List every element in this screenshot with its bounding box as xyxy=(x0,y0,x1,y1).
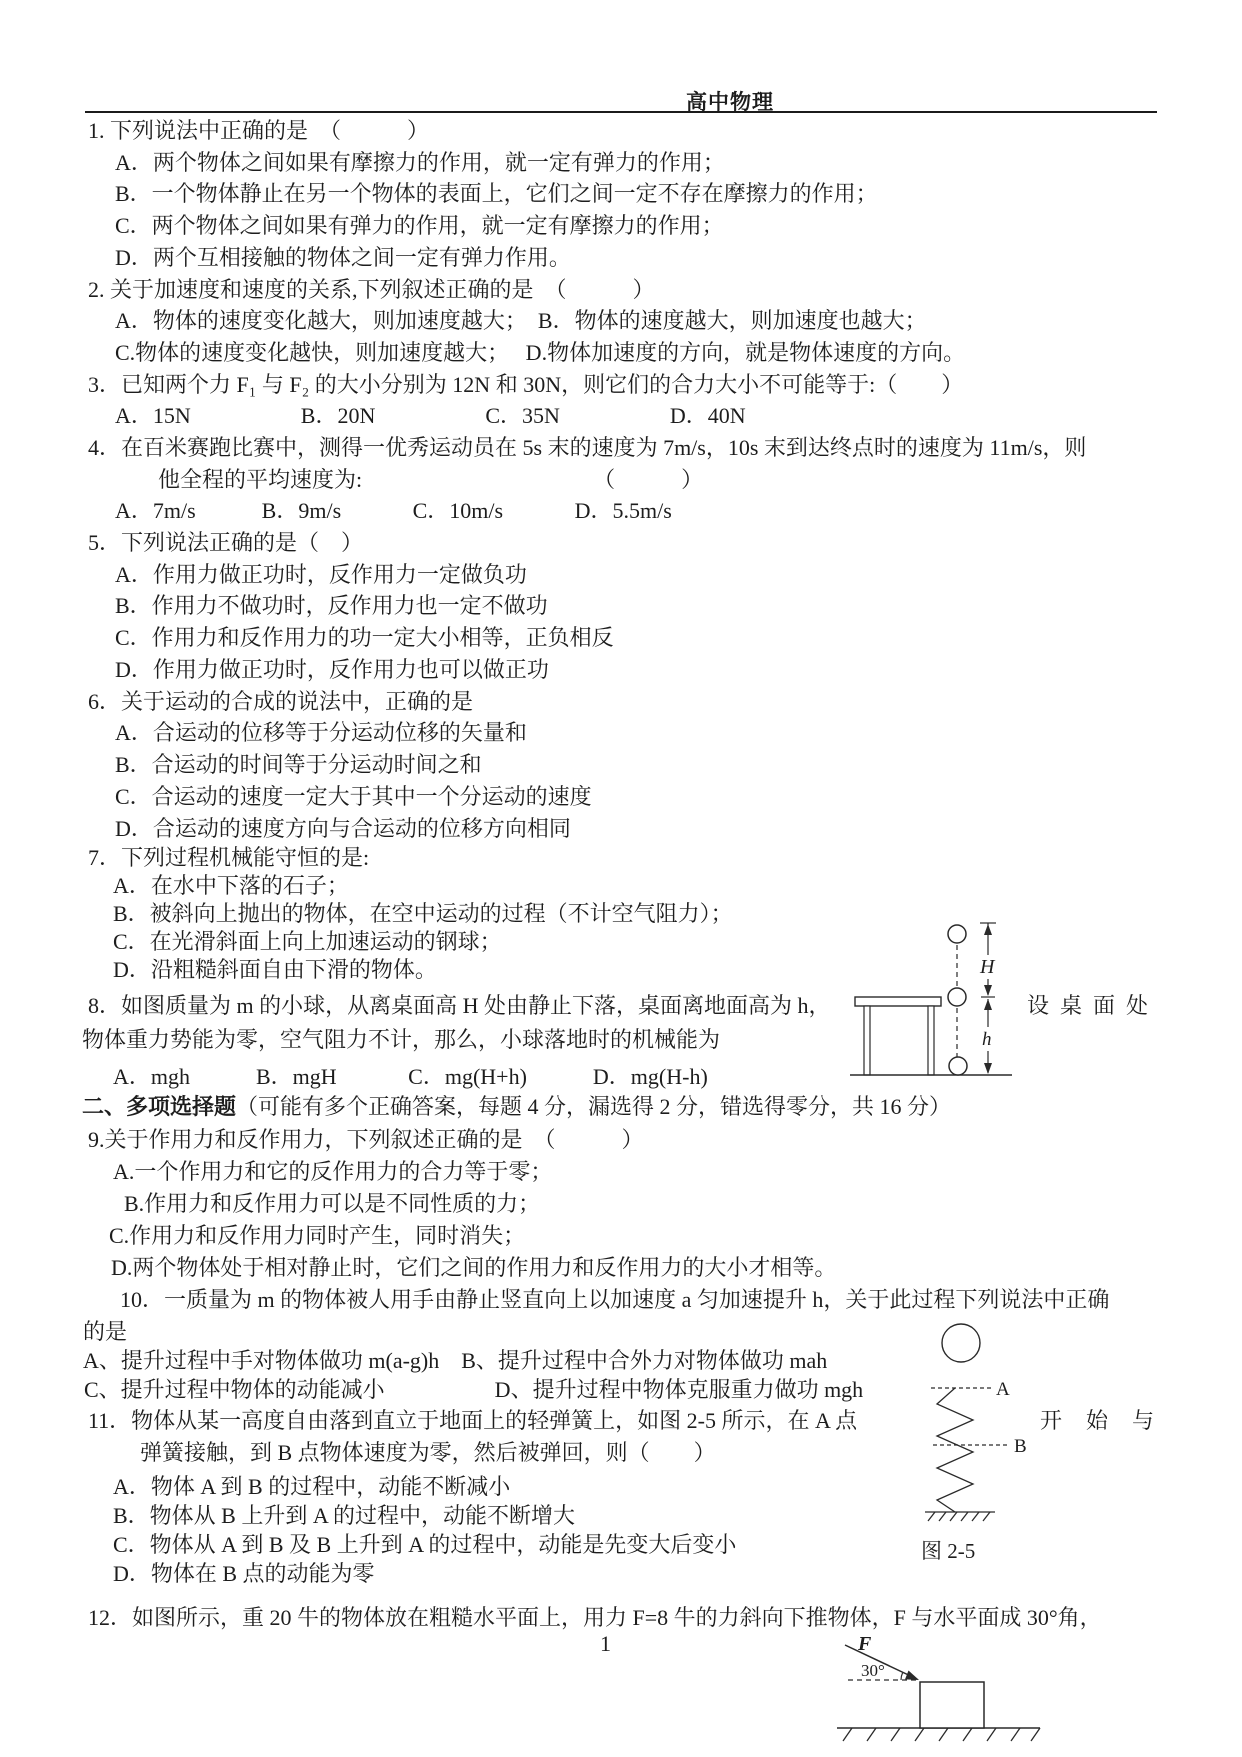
table xyxy=(855,997,941,1075)
text-line: A．两个物体之间如果有摩擦力的作用，就一定有弹力的作用； xyxy=(115,150,725,176)
ball-table-level xyxy=(948,988,966,1006)
text-line: 4．在百米赛跑比赛中，测得一优秀运动员在 5s 末的速度为 7m/s，10s 末… xyxy=(88,435,1086,461)
text-line: A．在水中下落的石子； xyxy=(113,873,349,899)
exam-page: 高中物理 1. 下列说法中正确的是 （ ）A．两个物体之间如果有摩擦力的作用，就… xyxy=(0,0,1242,1757)
text-line: D．作用力做正功时，反作用力也可以做正功 xyxy=(115,657,549,683)
q8-table-drop-figure: H h xyxy=(840,915,1020,1083)
text-line: A．作用力做正功时，反作用力一定做负功 xyxy=(115,562,527,588)
point-b-label: B xyxy=(1014,1436,1027,1457)
text-line: 11．物体从某一高度自由落到直立于地面上的轻弹簧上，如图 2-5 所示，在 A … xyxy=(88,1408,857,1434)
ball-top xyxy=(948,925,966,943)
page-number: 1 xyxy=(600,1631,611,1657)
height-h-label: h xyxy=(982,1029,992,1050)
falling-ball xyxy=(942,1324,980,1362)
text-line: 1. 下列说法中正确的是 （ ） xyxy=(88,118,429,144)
text-line: B．作用力不做功时，反作用力也一定不做功 xyxy=(115,593,548,619)
text-line: 二、多项选择题（可能有多个正确答案，每题 4 分，漏选得 2 分，错选得零分，共… xyxy=(82,1094,951,1120)
height-H-label: H xyxy=(979,956,996,978)
text-line: 他全程的平均速度为: （ ） xyxy=(158,467,703,493)
header-rule xyxy=(85,111,1157,113)
q11-spring-figure: A B 图 2-5 xyxy=(913,1318,1048,1568)
text-line: B．物体从 B 上升到 A 的过程中，动能不断增大 xyxy=(113,1503,575,1529)
text-line: D．合运动的速度方向与合运动的位移方向相同 xyxy=(115,816,571,842)
point-a-label: A xyxy=(996,1379,1010,1400)
angle-arc xyxy=(901,1673,903,1680)
text-line: 7．下列过程机械能守恒的是: xyxy=(88,845,369,871)
text-line: B．被斜向上抛出的物体，在空中运动的过程（不计空气阻力）； xyxy=(113,901,733,927)
spring-coil xyxy=(937,1388,973,1512)
text-line: 物体重力势能为零，空气阻力不计，那么，小球落地时的机械能为 xyxy=(82,1027,720,1053)
text-line: 2. 关于加速度和速度的关系,下列叙述正确的是 （ ） xyxy=(88,277,655,303)
text-line: C．物体从 A 到 B 及 B 上升到 A 的过程中，动能是先变大后变小 xyxy=(113,1532,736,1558)
ground-hatching xyxy=(837,1728,1040,1741)
text-line: C．在光滑斜面上向上加速运动的钢球； xyxy=(113,929,502,955)
angle-label: 30° xyxy=(861,1661,885,1680)
text-line: C.作用力和反作用力同时产生，同时消失； xyxy=(109,1223,525,1249)
text-line: 6．关于运动的合成的说法中，正确的是 xyxy=(88,689,473,715)
text-line: B．合运动的时间等于分运动时间之和 xyxy=(115,752,482,778)
text-line: 的是 xyxy=(83,1319,127,1345)
text-line: A．物体 A 到 B 的过程中，动能不断减小 xyxy=(113,1474,510,1500)
text-line: A．物体的速度变化越大，则加速度越大； B．物体的速度越大，则加速度也越大； xyxy=(115,308,927,334)
text-line: D．物体在 B 点的动能为零 xyxy=(113,1561,375,1587)
text-line: B．一个物体静止在另一个物体的表面上，它们之间一定不存在摩擦力的作用； xyxy=(115,181,878,207)
ball-ground xyxy=(949,1057,967,1075)
text-line: 9.关于作用力和反作用力，下列叙述正确的是 （ ） xyxy=(88,1127,644,1153)
text-line: C．作用力和反作用力的功一定大小相等，正负相反 xyxy=(115,625,614,651)
text-line: A．mgh B．mgH C．mg(H+h) D．mg(H-h) xyxy=(113,1064,708,1090)
text-line: C.物体的速度变化越快，则加速度越大； D.物体加速度的方向，就是物体速度的方向… xyxy=(115,340,965,366)
text-line: 5．下列说法正确的是（ ） xyxy=(88,530,363,556)
text-line: A．15N B．20N C．35N D．40N xyxy=(115,403,746,429)
text-line: D.两个物体处于相对静止时，它们之间的作用力和反作用力的大小才相等。 xyxy=(111,1255,836,1281)
text-line: D．沿粗糙斜面自由下滑的物体。 xyxy=(113,957,437,983)
text-line: 10．一质量为 m 的物体被人用手由静止竖直向上以加速度 a 匀加速提升 h，关… xyxy=(120,1287,1109,1313)
text-line: C．合运动的速度一定大于其中一个分运动的速度 xyxy=(115,784,592,810)
text-line: B.作用力和反作用力可以是不同性质的力； xyxy=(124,1191,540,1217)
text-line: A、提升过程中手对物体做功 m(a-g)h B、提升过程中合外力对物体做功 ma… xyxy=(83,1348,827,1374)
height-measure xyxy=(980,923,996,1074)
text-line: A．合运动的位移等于分运动位移的矢量和 xyxy=(115,720,527,746)
figure-caption: 图 2-5 xyxy=(921,1539,975,1563)
text-line: 8．如图质量为 m 的小球，从离桌面高 H 处由静止下落，桌面离地面高为 h， xyxy=(88,993,831,1019)
text-line: 3．已知两个力 F₁ 与 F₂ 的大小分别为 12N 和 30N，则它们的合力大… xyxy=(88,372,963,398)
text-line: A．7m/s B．9m/s C．10m/s D．5.5m/s xyxy=(115,498,672,524)
q12-block-push-figure: F 30° xyxy=(828,1628,1048,1755)
text-line: D．两个互相接触的物体之间一定有弹力作用。 xyxy=(115,245,571,271)
ground-hatching xyxy=(925,1512,995,1521)
force-label: F xyxy=(857,1633,872,1655)
text-line: 弹簧接触，到 B 点物体速度为零，然后被弹回，则（ ） xyxy=(140,1440,716,1466)
text-line: 设桌面处 xyxy=(1027,993,1159,1019)
block xyxy=(920,1682,984,1728)
text-line: C、提升过程中物体的动能减小 D、提升过程中物体克服重力做功 mgh xyxy=(84,1377,863,1403)
text-line: C．两个物体之间如果有弹力的作用，就一定有摩擦力的作用； xyxy=(115,213,724,239)
text-line: A.一个作用力和它的反作用力的合力等于零； xyxy=(113,1159,552,1185)
text-line: 开始与 xyxy=(1040,1408,1178,1434)
